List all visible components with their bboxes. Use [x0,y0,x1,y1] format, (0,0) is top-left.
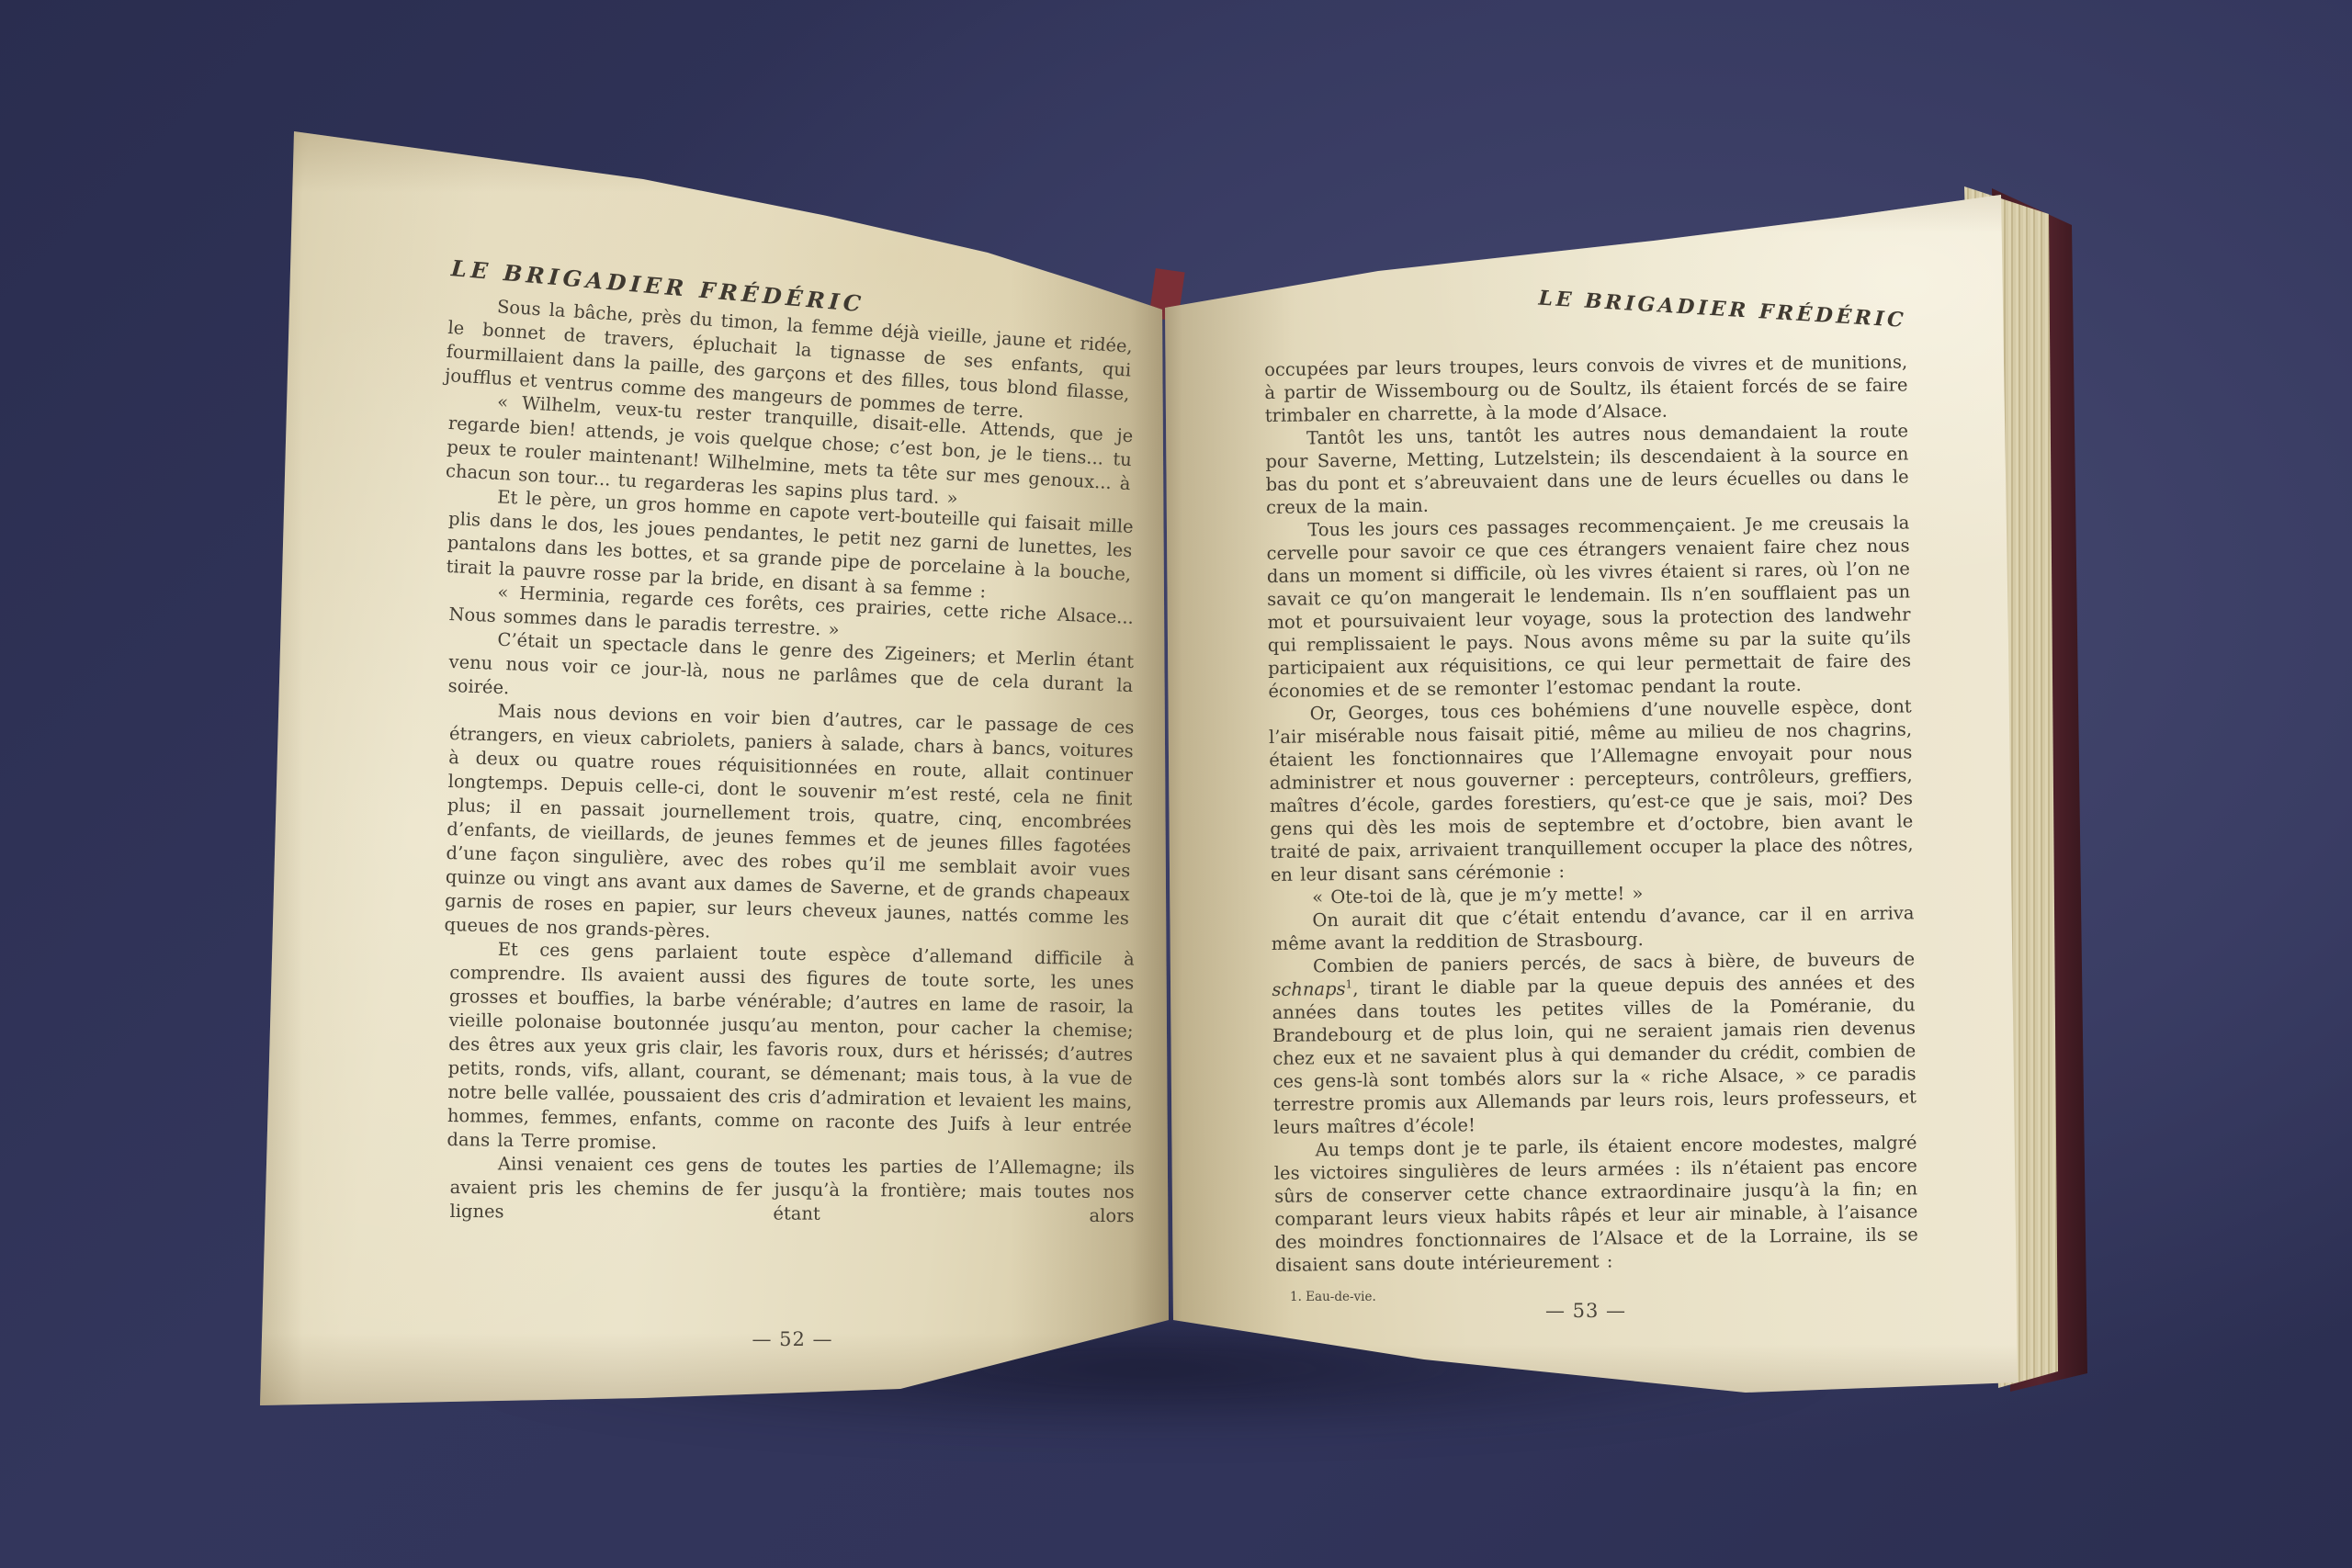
right-page-text-block: LE BRIGADIER FRÉDÉRIC occupées par leurs… [1264,303,1907,1304]
right-page-body: occupées par leurs troupes, leurs convoi… [1264,350,1918,1276]
paragraph: Or, Georges, tous ces bohémiens d’une no… [1269,694,1914,886]
paragraph: Combien de paniers percés, de sacs à biè… [1272,947,1917,1139]
footnote-reference: 1 [1345,977,1352,990]
paragraph: occupées par leurs troupes, leurs convoi… [1264,350,1908,427]
paragraph: Ainsi venaient ces gens de toutes les pa… [449,1152,1135,1228]
paragraph: Et ces gens parlaient toute espèce d’all… [447,937,1135,1163]
page-number-left: — 52 — [450,1328,1135,1350]
paragraph: On aurait dit que c’était entendu d’avan… [1271,901,1915,955]
right-page: LE BRIGADIER FRÉDÉRIC occupées par leurs… [1154,184,2091,1405]
paragraph: Tous les jours ces passages recommençaie… [1266,511,1911,703]
running-header-right: LE BRIGADIER FRÉDÉRIC [1263,267,1907,334]
page-number-right: — 53 — [1264,1300,1907,1322]
paragraph: Mais nous devions en voir bien d’autres,… [444,698,1135,954]
paragraph: Au temps dont je te parle, ils étaient e… [1273,1131,1918,1277]
left-page-text-block: LE BRIGADIER FRÉDÉRIC Sous la bâche, prè… [450,255,1135,1224]
left-page: LE BRIGADIER FRÉDÉRIC Sous la bâche, prè… [257,129,1176,1410]
paragraph: Tantôt les uns, tantôt les autres nous d… [1265,419,1909,519]
book-photograph-scene: LE BRIGADIER FRÉDÉRIC Sous la bâche, prè… [0,0,2352,1568]
left-page-body: Sous la bâche, près du timon, la femme d… [450,292,1135,1224]
